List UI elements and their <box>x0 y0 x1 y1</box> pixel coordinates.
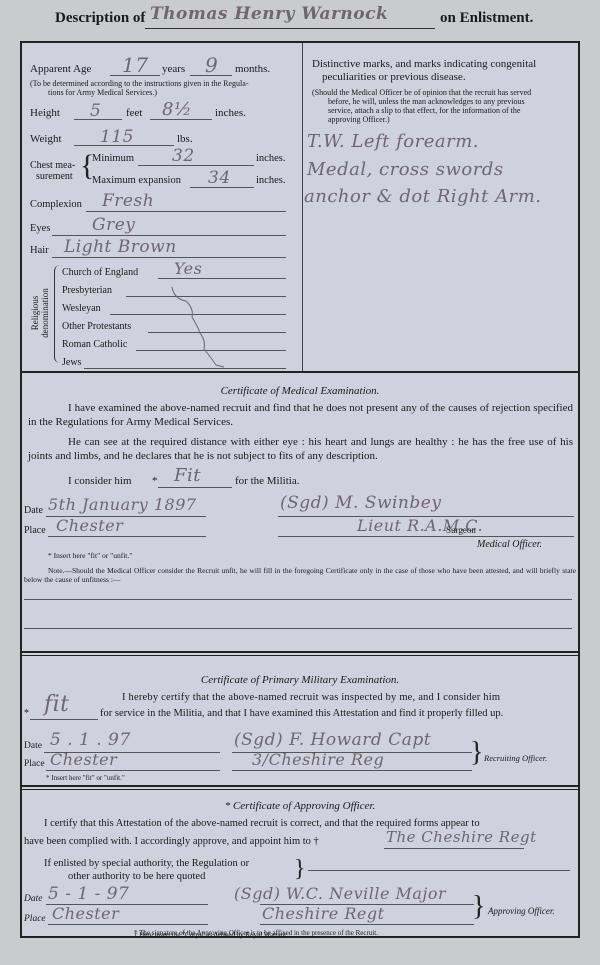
consider-asterisk: * <box>152 475 158 487</box>
chest-min-value: 32 <box>172 146 195 166</box>
age-note-2: tions for Army Medical Services.) <box>48 88 157 97</box>
military-line-1: I hereby certify that the above-named re… <box>122 692 500 703</box>
approving-place-value: Chester <box>52 904 119 923</box>
marks-note-2: before, he will, unless the man acknowle… <box>328 97 525 106</box>
approving-signature-2: Cheshire Regt <box>262 904 385 923</box>
medical-date-label: Date <box>24 505 43 516</box>
years-label: years <box>162 63 185 75</box>
marks-note-1: (Should the Medical Officer be of opinio… <box>312 88 531 97</box>
military-line-2: for service in the Militia, and that I h… <box>100 708 503 719</box>
religion-label-2: denomination <box>40 263 50 363</box>
column-divider <box>302 43 303 371</box>
military-insert-note: * Insert here "fit" or "unfit." <box>46 774 125 783</box>
medical-note: Note.—Should the Medical Officer conside… <box>24 566 576 584</box>
age-years-value: 17 <box>122 53 148 77</box>
religion-presbyterian: Presbyterian <box>62 285 112 296</box>
age-months-value: 9 <box>205 53 218 77</box>
medical-para-2: He can see at the required distance with… <box>28 435 573 463</box>
recruiting-brace: } <box>470 738 483 768</box>
military-date-label: Date <box>24 741 42 751</box>
military-place-value: Chester <box>50 750 117 769</box>
height-feet-value: 5 <box>90 101 101 121</box>
age-note-1: (To be determined according to the instr… <box>30 79 249 88</box>
inches-label: inches. <box>215 107 246 119</box>
religion-other-protestants: Other Protestants <box>62 321 131 332</box>
months-label: months. <box>235 63 270 75</box>
militia-label: for the Militia. <box>235 475 299 487</box>
hair-value: Light Brown <box>64 237 177 257</box>
approving-signature-1: (Sgd) W.C. Neville Major <box>234 884 446 903</box>
approving-line-2: have been complied with. I accordingly a… <box>24 836 319 847</box>
complexion-value: Fresh <box>102 191 154 211</box>
marks-heading-2: peculiarities or previous disease. <box>322 71 466 83</box>
medical-para-1: I have examined the above-named recruit … <box>28 401 573 429</box>
weight-value: 115 <box>100 127 134 147</box>
marks-heading-1: Distinctive marks, and marks indicating … <box>312 58 536 70</box>
chest-max-label: Maximum expansion <box>92 175 181 186</box>
chest-min-inches: inches. <box>256 153 285 164</box>
chest-label-2: surement <box>36 171 73 182</box>
medical-date-value: 5th January 1897 <box>48 495 197 514</box>
recruit-name: Thomas Henry Warnock <box>150 4 388 24</box>
approving-certificate-section: * Certificate of Approving Officer. I ce… <box>22 789 578 936</box>
title-suffix: on Enlistment. <box>440 10 533 27</box>
unfitness-line-2 <box>24 628 572 629</box>
military-certificate-section: Certificate of Primary Military Examinat… <box>22 655 578 787</box>
medical-signature-line-2 <box>278 536 574 537</box>
religion-label-1: Religious <box>30 263 40 363</box>
military-asterisk: * <box>24 708 29 719</box>
military-title: Certificate of Primary Military Examinat… <box>22 674 578 686</box>
military-signature-line-2 <box>232 770 472 771</box>
age-label: Apparent Age <box>30 63 91 75</box>
chest-min-line <box>138 165 254 166</box>
name-underline <box>145 28 435 29</box>
medical-signature-1: (Sgd) M. Swinbey <box>280 493 441 513</box>
approving-signature-line-2 <box>260 924 474 925</box>
unfitness-line-1 <box>24 599 572 600</box>
approving-officer-label: Approving Officer. <box>488 906 555 916</box>
strike-squiggle <box>152 283 252 373</box>
hair-label: Hair <box>30 245 49 256</box>
approving-date-label: Date <box>24 894 42 904</box>
military-place-label: Place <box>24 759 45 769</box>
height-label: Height <box>30 107 60 119</box>
religion-jews: Jews <box>62 357 81 368</box>
title-prefix: Description of <box>55 10 145 27</box>
religion-wesleyan: Wesleyan <box>62 303 101 314</box>
marks-note-3: service, attach a slip to that effect, f… <box>328 106 520 115</box>
medical-certificate-section: Certificate of Medical Examination. I ha… <box>22 373 578 653</box>
surgeon-label: Surgeon <box>446 525 476 535</box>
corps-value: The Cheshire Regt <box>386 828 537 846</box>
height-inches-value: 8½ <box>162 99 192 120</box>
medical-title: Certificate of Medical Examination. <box>22 385 578 397</box>
military-fit-line <box>30 719 98 720</box>
hair-line <box>52 257 286 258</box>
consider-label: I consider him <box>68 475 132 487</box>
lbs-label: lbs. <box>177 133 193 145</box>
complexion-line <box>86 211 286 212</box>
religion-brace <box>54 265 62 363</box>
marks-note-4: approving Officer.) <box>328 115 390 124</box>
enlistment-document: Description of Thomas Henry Warnock on E… <box>0 0 600 965</box>
religion-group-label: Religious denomination <box>30 263 50 363</box>
feet-label: feet <box>126 107 142 119</box>
weight-label: Weight <box>30 133 62 145</box>
military-date-value: 5 . 1 . 97 <box>50 730 131 750</box>
special-authority-1: If enlisted by special authority, the Re… <box>44 858 249 869</box>
eyes-label: Eyes <box>30 223 50 234</box>
approving-date-value: 5 - 1 - 97 <box>48 884 129 904</box>
medical-place-line <box>48 536 206 537</box>
special-authority-line <box>308 870 570 871</box>
special-authority-2: other authority to be here quoted <box>68 871 205 882</box>
medical-officer-label: Medical Officer. <box>477 539 542 550</box>
approving-place-line <box>48 924 208 925</box>
military-signature-2: 3/Cheshire Reg <box>252 750 384 769</box>
chest-max-value: 34 <box>208 168 231 188</box>
chest-min-label: Minimum <box>92 153 134 164</box>
complexion-label: Complexion <box>30 199 82 210</box>
approving-footnote-2: † Here insert the "Corps" as defined by … <box>134 931 288 940</box>
enlistment-form: Apparent Age 17 years 9 months. (To be d… <box>20 41 580 938</box>
eyes-value: Grey <box>92 215 135 235</box>
chest-label-1: Chest mea- <box>30 160 75 171</box>
chest-max-inches: inches. <box>256 175 285 186</box>
military-fit-value: fit <box>44 692 70 717</box>
medical-place-label: Place <box>24 525 46 536</box>
religion-roman-catholic: Roman Catholic <box>62 339 127 350</box>
marks-entry-1: T.W. Left forearm. <box>307 131 479 152</box>
eyes-line <box>52 235 286 236</box>
military-place-line <box>46 770 220 771</box>
medical-insert-note: * Insert here "fit" or "unfit." <box>48 551 132 560</box>
religion-church-of-england: Church of England <box>62 267 138 278</box>
corps-line <box>384 848 524 849</box>
religion-church-of-england-value: Yes <box>174 259 202 278</box>
military-signature-1: (Sgd) F. Howard Capt <box>234 730 431 750</box>
approving-place-label: Place <box>24 914 46 924</box>
consider-line <box>158 487 232 488</box>
marks-entry-3: anchor & dot Right Arm. <box>304 186 542 207</box>
description-section: Apparent Age 17 years 9 months. (To be d… <box>22 43 578 373</box>
approving-brace: } <box>472 892 485 922</box>
special-brace: } <box>294 854 306 884</box>
recruiting-officer-label: Recruiting Officer. <box>484 753 547 763</box>
marks-entry-2: Medal, cross swords <box>307 159 504 180</box>
consider-value: Fit <box>174 465 201 486</box>
approving-title: * Certificate of Approving Officer. <box>22 800 578 812</box>
religion-line <box>158 278 286 279</box>
medical-place-value: Chester <box>56 516 123 535</box>
